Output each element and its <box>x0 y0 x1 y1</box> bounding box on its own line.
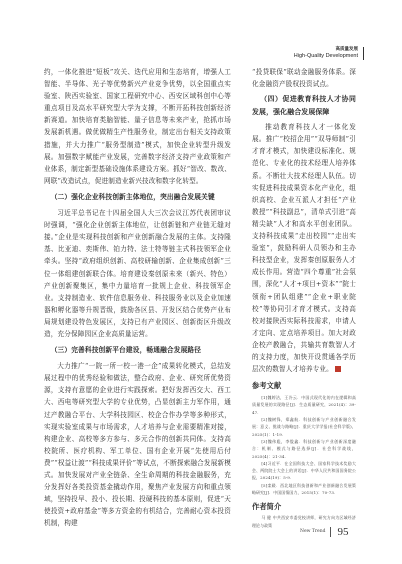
subsection-heading: （二）强化企业科技创新主体地位，突出融合发展关键 <box>44 191 231 203</box>
paragraph: “投贷联保”联动金融服务体系。深化金融资产股权投资试点。 <box>252 66 356 90</box>
author-bio-heading: 作者简介 <box>252 502 356 512</box>
paragraph: 习近平总书记在十四届全国人大三次会议江苏代表团审议时强调，“强化企业创新主体地位… <box>44 207 231 340</box>
references-heading: 参考文献 <box>252 381 356 391</box>
reference-item: [2]魏树锋，郑鑫航．科技创新与产业创新融合发展：意义、挑战与路略[J]．重庆大… <box>252 416 356 438</box>
paragraph-text: 推动教育科技人才一体化发展。推广“校招企用”“双导师制”引才育才模式，加快建设标… <box>252 123 356 373</box>
end-mark-icon <box>335 366 341 372</box>
section-title-en: High-Quality Development <box>294 53 358 60</box>
paragraph: 约，一体化推进“短板”攻关、迭代应用和生态培育，增强人工智能、半导体、光子等优势… <box>44 66 231 187</box>
reference-item: [5]栾殿．西北地区科技创新和产业创新融合发展策略研究[J]．中国国情国力，20… <box>252 482 356 497</box>
page-footer: New Trend 95 <box>300 526 348 538</box>
paragraph: 大力推广“一院一所一校一港一企”成果转化模式，总结发展过程中的优秀经验和做法，整… <box>44 360 231 529</box>
running-header: 高质量发展 High-Quality Development <box>294 47 364 60</box>
reference-item: [1]魏婷洁，王冷云．中国式现代化的内在逻辑和高质量发展的实现路径[J]．生态质… <box>252 394 356 416</box>
right-column: “投贷联保”联动金融服务体系。深化金融资产股权投资试点。 （四）促进教育科技人才… <box>252 66 356 529</box>
subsection-heading: （四）促进教育科技人才协同发展，强化融合发展保障 <box>252 93 356 118</box>
reference-item: [4]习近平．在全国科技大会、国家科学技术奖励大会、两院院士大会上的讲话[J]．… <box>252 460 356 482</box>
magazine-name: New Trend <box>300 527 331 537</box>
reference-item: [3]魏伟彪，李俊鑫．科技创新与产业创新深度融合：机制、模式与路径选择[J]．社… <box>252 438 356 460</box>
paragraph-final: 推动教育科技人才一体化发展。推广“校招企用”“双导师制”引才育才模式，加快建设标… <box>252 121 356 375</box>
left-column: 约，一体化推进“短板”攻关、迭代应用和生态培育，增强人工智能、半导体、光子等优势… <box>44 66 231 529</box>
subsection-heading: （三）完善科技创新平台建设，畅通融合发展路径 <box>44 344 231 356</box>
page-number: 95 <box>331 526 348 538</box>
